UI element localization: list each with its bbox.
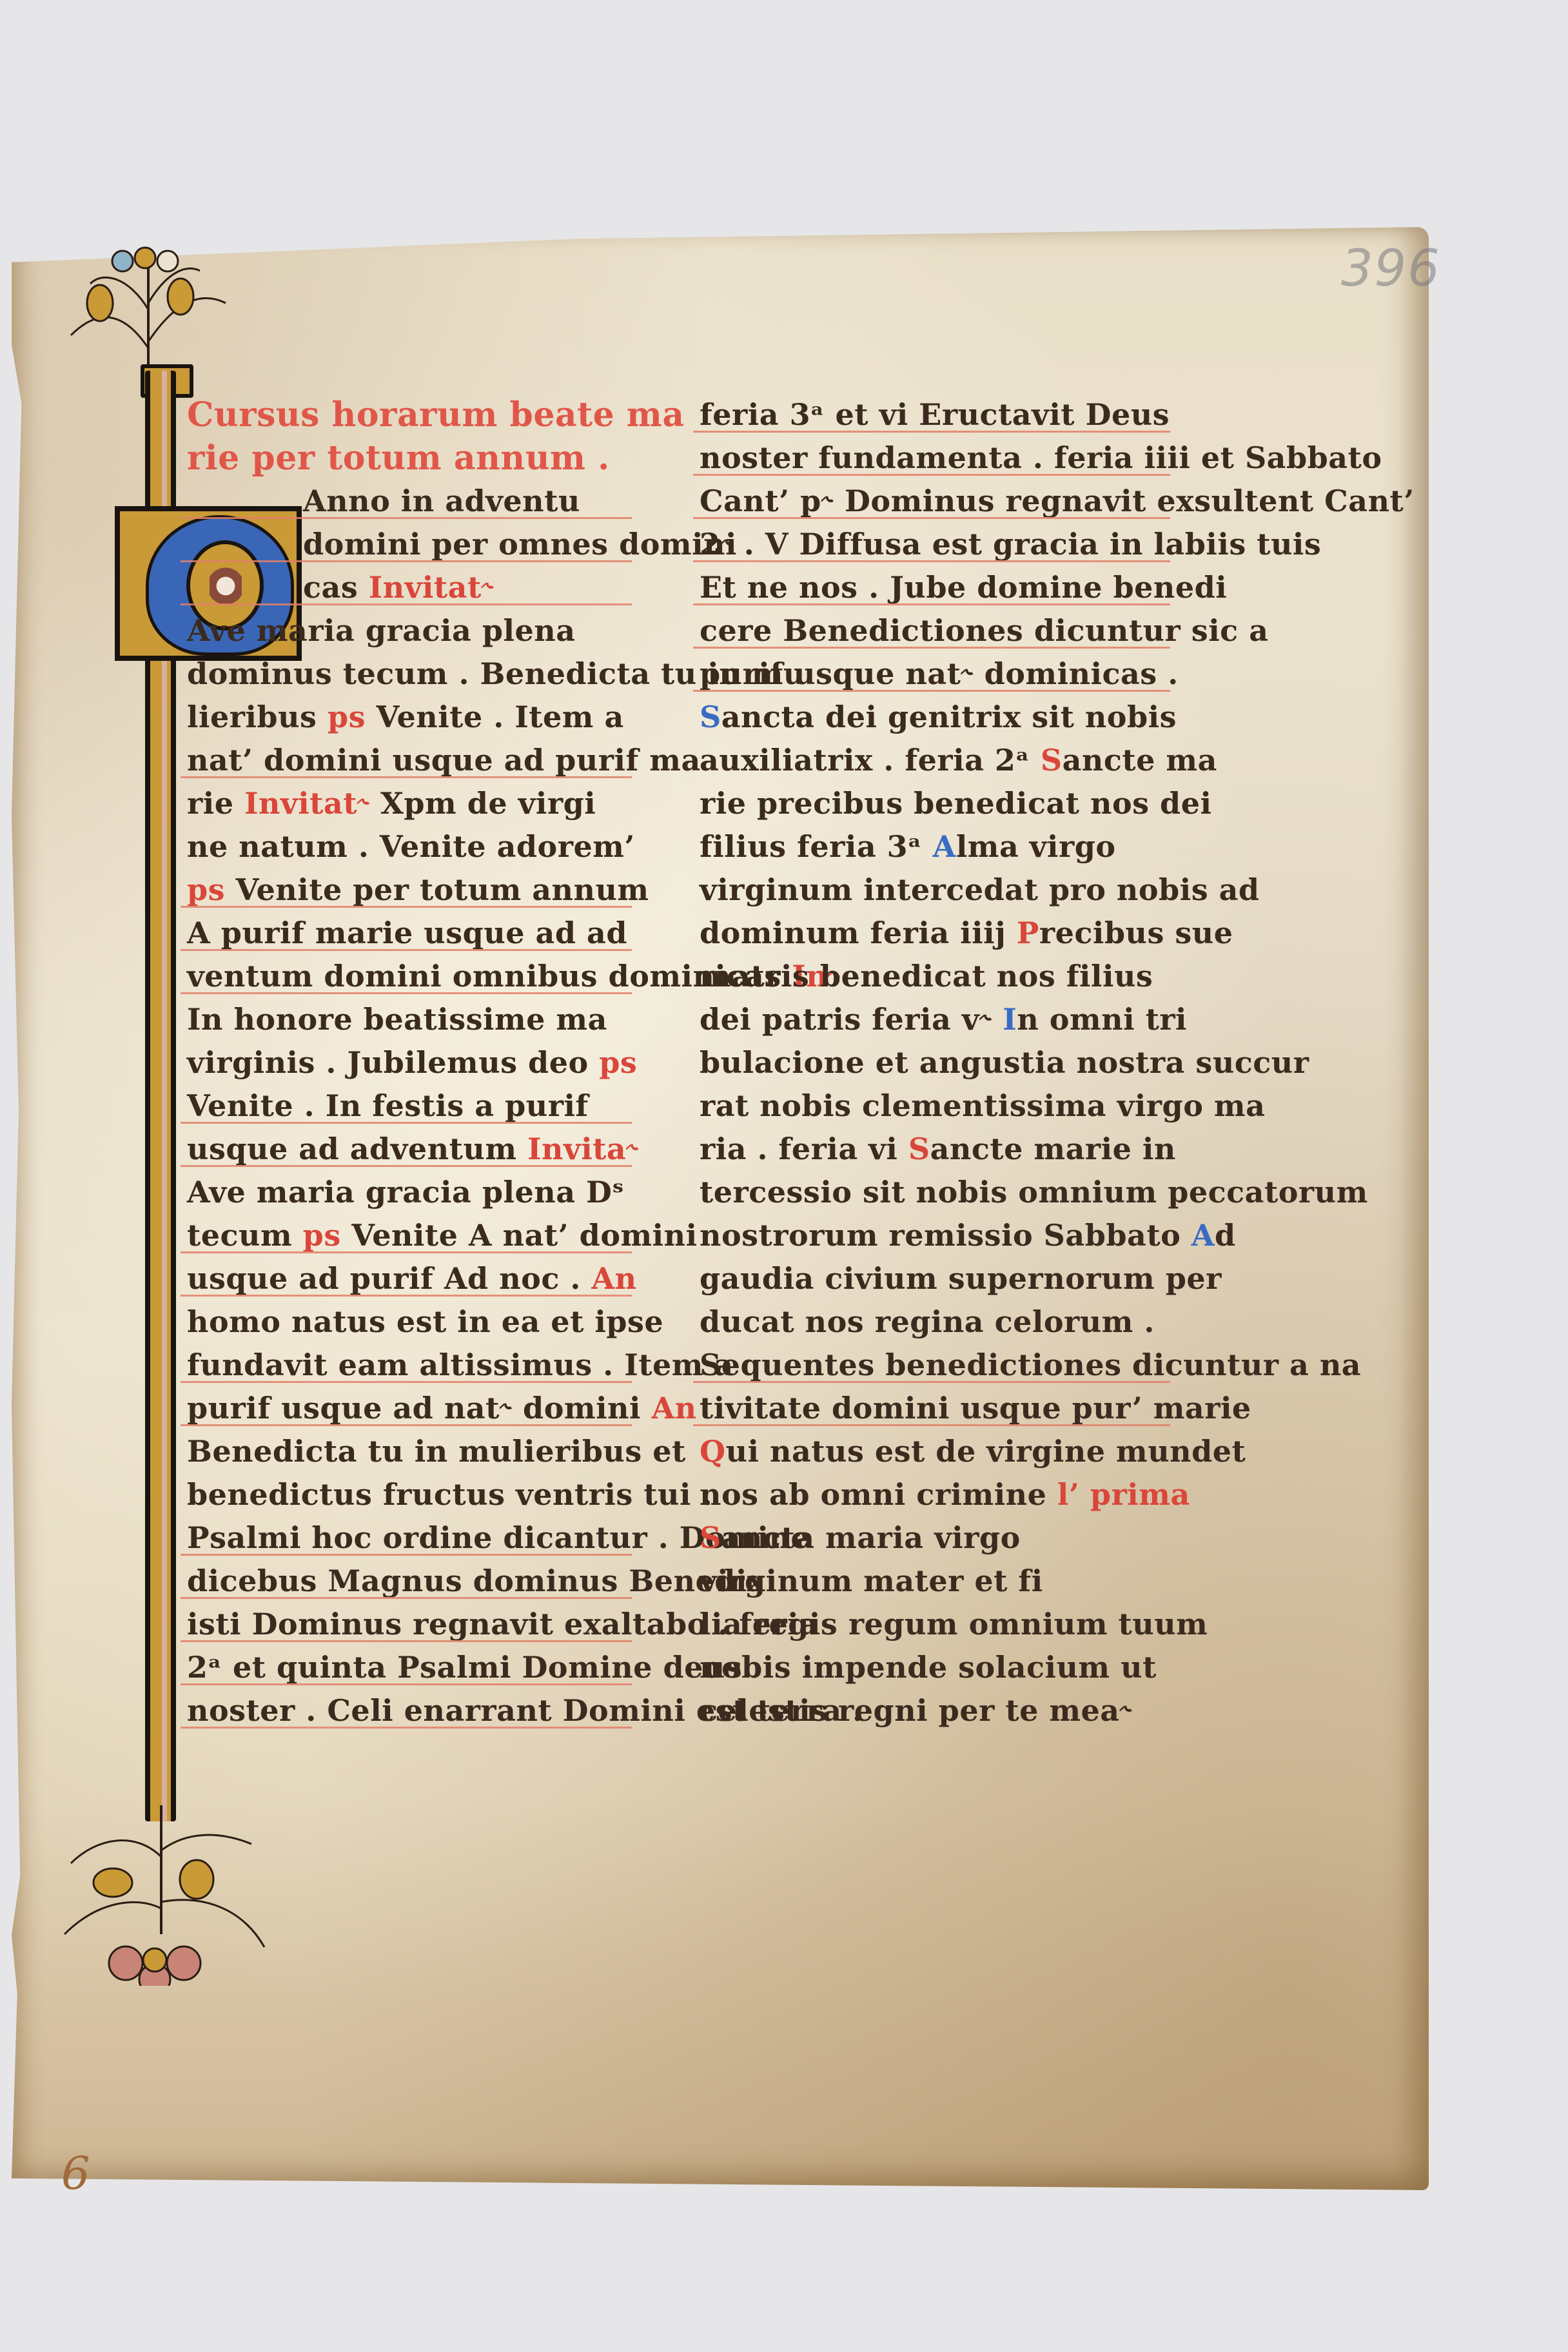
text-span: dominum feria iiij <box>700 916 1017 950</box>
text-span: dei patris feria v˞ <box>700 1002 1003 1037</box>
rubric-text: S <box>1041 743 1063 778</box>
text-span: Venite . In festis a purif <box>187 1088 589 1123</box>
text-line: ne natum . Venite adorem’ <box>187 825 625 868</box>
rubric-text: ps <box>303 1218 341 1253</box>
text-span: dicebus Magnus dominus Benedix <box>187 1563 765 1598</box>
text-line: ventum domini omnibus dominicas In˞ <box>187 955 625 998</box>
floral-spray-bottom-icon <box>58 1805 271 1986</box>
text-line: gaudia civium supernorum per <box>700 1257 1164 1300</box>
text-line: Venite . In festis a purif <box>187 1084 625 1128</box>
text-line: dominus tecum . Benedicta tu in mu <box>187 652 625 696</box>
text-span: purif usque ad nat˞ domini <box>187 1391 651 1426</box>
text-line: tivitate domini usque pur’ marie <box>700 1387 1164 1430</box>
rubric-text: ps <box>599 1045 637 1080</box>
text-line: rat nobis clementissima virgo ma <box>700 1084 1164 1128</box>
text-line: homo natus est in ea et ipse <box>187 1300 625 1344</box>
text-line: noster . Celi enarrant Domini est terra … <box>187 1689 625 1732</box>
text-line: auxiliatrix . feria 2ᵃ Sancte ma <box>700 739 1164 782</box>
text-span: nobis impende solacium ut <box>700 1650 1157 1685</box>
text-span: virginum mater et fi <box>700 1563 1043 1598</box>
blue-initial: A <box>1191 1218 1215 1253</box>
text-span: matris benedicat nos filius <box>700 959 1153 994</box>
text-span: rie precibus benedicat nos dei <box>700 786 1211 821</box>
text-line: lieribus ps Venite . Item a <box>187 696 625 739</box>
text-span: auxiliatrix . feria 2ᵃ <box>700 743 1041 778</box>
rubric-text: ps <box>328 700 366 734</box>
text-span: lia regis regum omnium tuum <box>700 1607 1208 1641</box>
text-span: purif usque nat˞ dominicas . <box>700 656 1179 691</box>
text-line: Ave maria gracia plena <box>187 609 625 652</box>
text-line: Sequentes benedictiones dicuntur a na <box>700 1344 1164 1387</box>
text-line: matris benedicat nos filius <box>700 955 1164 998</box>
text-line: purif usque ad nat˞ domini An <box>187 1387 625 1430</box>
blue-initial: S <box>700 700 721 734</box>
text-span: celestis regni per te mea˞ <box>700 1693 1132 1728</box>
text-span: ancte ma <box>1063 743 1217 778</box>
text-span: cere Benedictiones dicuntur sic a <box>700 613 1269 648</box>
text-line: A purif marie usque ad ad <box>187 912 625 955</box>
text-span: rie <box>187 786 244 821</box>
text-line: noster fundamenta . feria iiii et Sabbat… <box>700 436 1164 480</box>
text-line: nat’ domini usque ad purif ma <box>187 739 625 782</box>
text-line: Psalmi hoc ordine dicantur . Domine <box>187 1516 625 1560</box>
text-line: dicebus Magnus dominus Benedix <box>187 1560 625 1603</box>
text-line: 2˞ . V Diffusa est gracia in labiis tuis <box>700 523 1164 566</box>
text-line: tecum ps Venite A nat’ domini <box>187 1214 625 1257</box>
text-span: tivitate domini usque pur’ marie <box>700 1391 1251 1426</box>
text-span: Cant’ p˞ Dominus regnavit exsultent Cant… <box>700 484 1415 518</box>
text-line: nos ab omni crimine l’ prima <box>700 1473 1164 1516</box>
text-line: tercessio sit nobis omnium peccatorum <box>700 1171 1164 1214</box>
text-line: bulacione et angustia nostra succur <box>700 1041 1164 1084</box>
text-span: d <box>1215 1218 1236 1253</box>
text-line: Benedicta tu in mulieribus et <box>187 1430 625 1473</box>
text-span: ria . feria vi <box>700 1132 908 1166</box>
text-line: Ave maria gracia plena Dˢ <box>187 1171 625 1214</box>
text-line: nobis impende solacium ut <box>700 1646 1164 1689</box>
text-span: usque ad purif Ad noc . <box>187 1261 591 1296</box>
text-span: A purif marie usque ad ad <box>187 916 627 950</box>
right-column: feria 3ᵃ et vi Eructavit Deusnoster fund… <box>700 393 1164 1732</box>
text-line: usque ad purif Ad noc . An <box>187 1257 625 1300</box>
text-span: nostrorum remissio Sabbato <box>700 1218 1191 1253</box>
left-column: Cursus horarum beate ma rie per totum an… <box>187 393 625 1732</box>
text-line: ria . feria vi Sancte marie in <box>700 1128 1164 1171</box>
text-line: Cant’ p˞ Dominus regnavit exsultent Cant… <box>700 480 1164 523</box>
text-line: virginum mater et fi <box>700 1560 1164 1603</box>
text-span: recibus sue <box>1039 916 1233 950</box>
folio-number: 396 <box>1341 240 1441 298</box>
text-line: usque ad adventum Invita˞ <box>187 1128 625 1171</box>
text-span: Sequentes benedictiones dicuntur a na <box>700 1347 1361 1382</box>
text-span: Anno in adventu <box>303 484 580 518</box>
text-line: In honore beatissime ma <box>187 998 625 1041</box>
text-line: 2ᵃ et quinta Psalmi Domine deus <box>187 1646 625 1689</box>
text-line: virginis . Jubilemus deo ps <box>187 1041 625 1084</box>
corner-mark: 6 <box>61 2147 90 2200</box>
text-line: Anno in adventu <box>187 480 625 523</box>
text-line: feria 3ᵃ et vi Eructavit Deus <box>700 393 1164 436</box>
text-span: Ave maria gracia plena Dˢ <box>187 1175 624 1210</box>
rubric-text: S <box>908 1132 930 1166</box>
text-span: usque ad adventum <box>187 1132 527 1166</box>
rubric-text: Invita˞ <box>527 1132 639 1166</box>
text-span: gaudia civium supernorum per <box>700 1261 1222 1296</box>
text-line: rie precibus benedicat nos dei <box>700 782 1164 825</box>
text-line: domini per omnes domini <box>187 523 625 566</box>
text-span: Ave maria gracia plena <box>187 613 576 648</box>
text-line: Sancta dei genitrix sit nobis <box>700 696 1164 739</box>
text-line: celestis regni per te mea˞ <box>700 1689 1164 1732</box>
text-span: filius feria 3ᵃ <box>700 829 933 864</box>
floral-spray-top-icon <box>52 232 245 380</box>
blue-initial: A <box>933 829 956 864</box>
rubric-text: Invitat˞ <box>244 786 370 821</box>
text-line: benedictus fructus ventris tui . <box>187 1473 625 1516</box>
text-span: ducat nos regina celorum . <box>700 1304 1155 1339</box>
text-line: filius feria 3ᵃ Alma virgo <box>700 825 1164 868</box>
text-span: benedictus fructus ventris tui . <box>187 1477 712 1512</box>
text-span: cas <box>303 570 369 605</box>
text-span: nos ab omni crimine <box>700 1477 1057 1512</box>
text-span: ancte marie in <box>930 1132 1176 1166</box>
rubric-text: S <box>700 1520 721 1555</box>
text-span: virginis . Jubilemus deo <box>187 1045 599 1080</box>
text-line: Sancta maria virgo <box>700 1516 1164 1560</box>
text-line: purif usque nat˞ dominicas . <box>700 652 1164 696</box>
text-span: fundavit eam altissimus . Item a <box>187 1347 734 1382</box>
text-span: 2ᵃ et quinta Psalmi Domine deus <box>187 1650 742 1685</box>
left-text-lines: Anno in adventudomini per omnes dominica… <box>187 480 625 1732</box>
text-line: lia regis regum omnium tuum <box>700 1603 1164 1646</box>
text-span: homo natus est in ea et ipse <box>187 1304 663 1339</box>
text-span: ne natum . Venite adorem’ <box>187 829 635 864</box>
text-span: ancta maria virgo <box>721 1520 1021 1555</box>
text-span: Benedicta tu in mulieribus et <box>187 1434 686 1469</box>
rubric-text: An <box>651 1391 696 1426</box>
text-line: cas Invitat˞ <box>187 566 625 609</box>
rubric-text: Invitat˞ <box>369 570 495 605</box>
text-line: dei patris feria v˞ In omni tri <box>700 998 1164 1041</box>
text-line: dominum feria iiij Precibus sue <box>700 912 1164 955</box>
rubric-text: P <box>1017 916 1039 950</box>
text-span: In honore beatissime ma <box>187 1002 607 1037</box>
text-span: rat nobis clementissima virgo ma <box>700 1088 1265 1123</box>
text-span: ui natus est de virgine mundet <box>726 1434 1246 1469</box>
text-line: fundavit eam altissimus . Item a <box>187 1344 625 1387</box>
text-line: ducat nos regina celorum . <box>700 1300 1164 1344</box>
text-span: bulacione et angustia nostra succur <box>700 1045 1309 1080</box>
text-span: tecum <box>187 1218 303 1253</box>
text-line: virginum intercedat pro nobis ad <box>700 868 1164 912</box>
text-span: feria 3ᵃ et vi Eructavit Deus <box>700 397 1170 432</box>
text-span: tercessio sit nobis omnium peccatorum <box>700 1175 1368 1210</box>
rubric-heading-line: rie per totum annum . <box>187 436 625 480</box>
rubric-text: Q <box>700 1434 726 1469</box>
text-span: Et ne nos . Jube domine benedi <box>700 570 1227 605</box>
text-span: ancta dei genitrix sit nobis <box>721 700 1177 734</box>
rubric-text: l’ prima <box>1057 1477 1190 1512</box>
text-line: ps Venite per totum annum <box>187 868 625 912</box>
rubric-text: An <box>591 1261 636 1296</box>
text-span: Venite A nat’ domini <box>341 1218 698 1253</box>
text-span: lma virgo <box>956 829 1116 864</box>
text-span: noster fundamenta . feria iiii et Sabbat… <box>700 440 1382 475</box>
text-span: Venite per totum annum <box>225 872 649 907</box>
right-text-lines: feria 3ᵃ et vi Eructavit Deusnoster fund… <box>700 393 1164 1732</box>
text-line: nostrorum remissio Sabbato Ad <box>700 1214 1164 1257</box>
text-span: 2˞ . V Diffusa est gracia in labiis tuis <box>700 527 1321 562</box>
text-span: lieribus <box>187 700 328 734</box>
text-line: isti Dominus regnavit exaltabo . feria <box>187 1603 625 1646</box>
blue-initial: I <box>1003 1002 1017 1037</box>
text-span: n omni tri <box>1017 1002 1187 1037</box>
rubric-heading-line: Cursus horarum beate ma <box>187 393 625 436</box>
text-span: Xpm de virgi <box>370 786 596 821</box>
rubric-text: ps <box>187 872 225 907</box>
text-span: domini per omnes domini <box>303 527 737 562</box>
text-span: Venite . Item a <box>366 700 624 734</box>
text-line: cere Benedictiones dicuntur sic a <box>700 609 1164 652</box>
text-line: Et ne nos . Jube domine benedi <box>700 566 1164 609</box>
text-span: nat’ domini usque ad purif ma <box>187 743 701 778</box>
text-span: virginum intercedat pro nobis ad <box>700 872 1260 907</box>
text-line: rie Invitat˞ Xpm de virgi <box>187 782 625 825</box>
text-line: Qui natus est de virgine mundet <box>700 1430 1164 1473</box>
